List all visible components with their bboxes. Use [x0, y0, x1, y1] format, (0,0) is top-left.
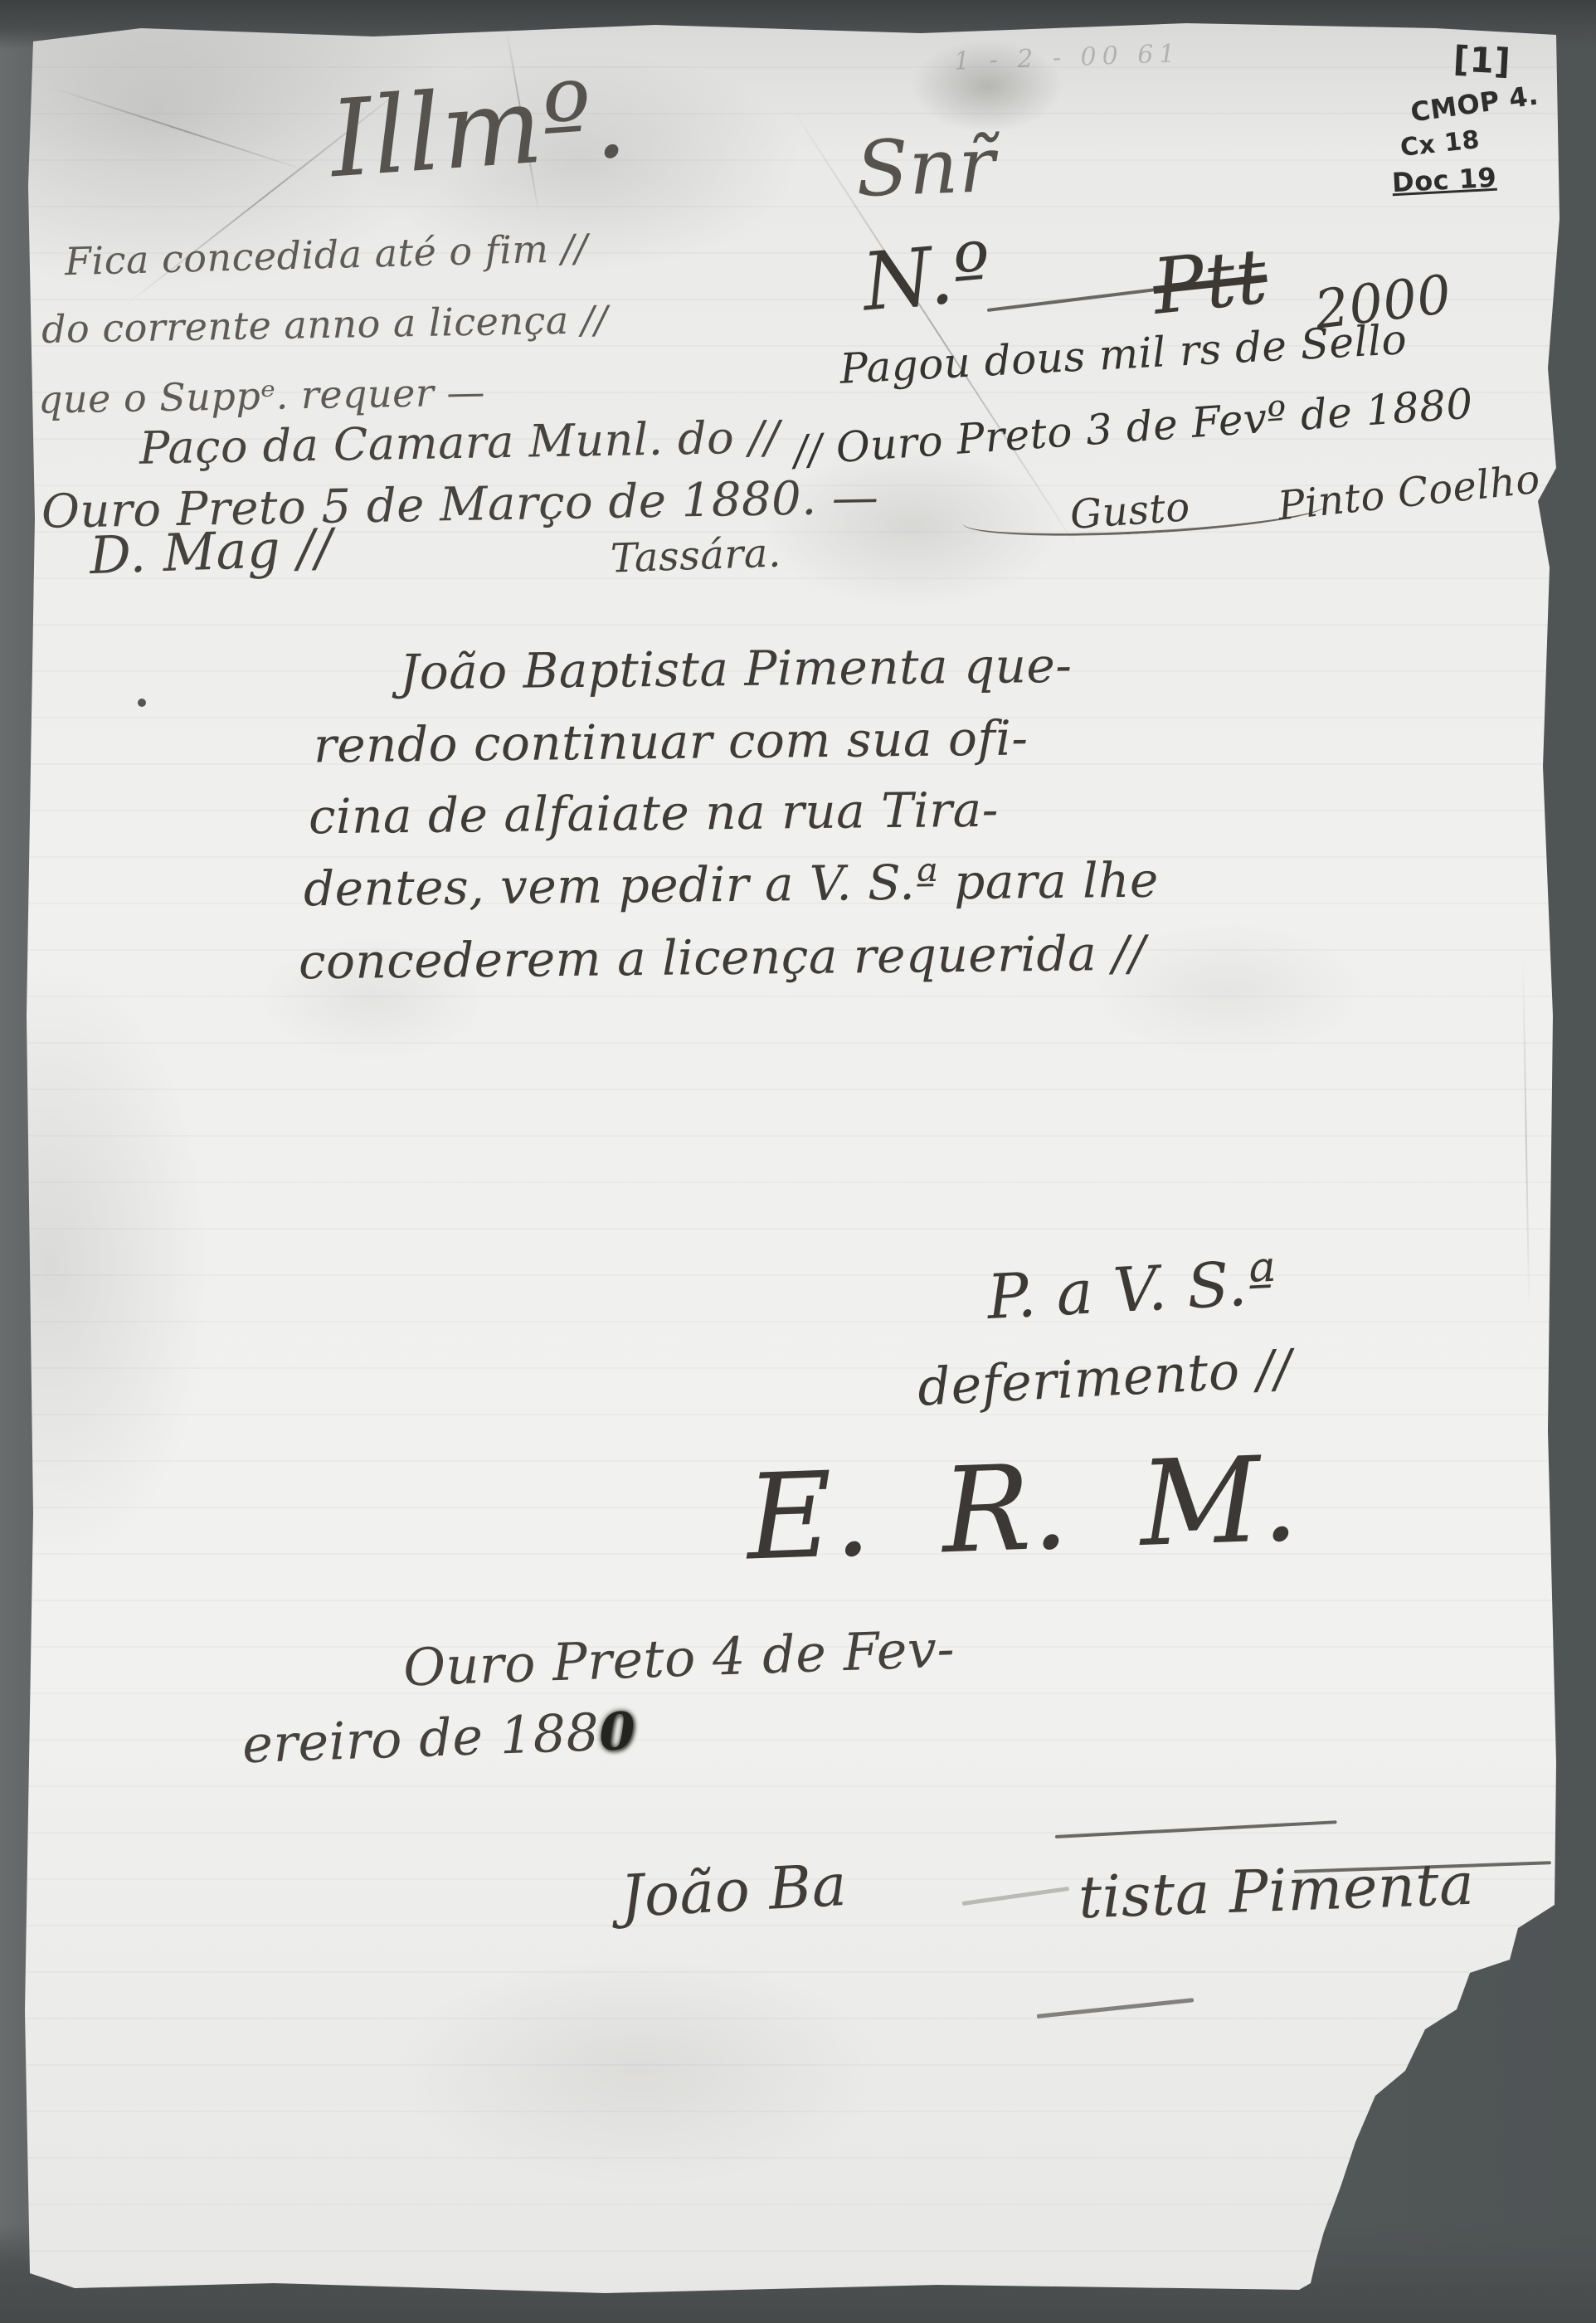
crease-line — [1522, 958, 1530, 1315]
stamp-struck-word: Ptt — [1149, 231, 1272, 332]
stamp-number: N.º — [859, 225, 995, 329]
closing-petition: P. a V. S.ª — [985, 1247, 1278, 1333]
signature-part1: João Ba — [619, 1851, 849, 1931]
heading-snr: Snr̃ — [854, 120, 996, 214]
marginal-note-line3: que o Suppᵉ. requer — — [38, 369, 486, 421]
body-line5: concederem a licença requerida // — [299, 925, 1146, 991]
despatch-rubric: D. Mag // — [89, 517, 333, 586]
ink-dot — [138, 699, 146, 707]
scanned-manuscript-page: 1 - 2 - 00 61 [1] CMOP 4. Cx 18 Doc 19 I… — [0, 0, 1596, 2323]
body-line3: cina de alfaiate na rua Tira- — [309, 782, 999, 845]
closing-erm: E. R. M. — [744, 1430, 1301, 1586]
ink-blot-zero: 0 — [598, 1701, 636, 1762]
archival-page-mark: [1] — [1452, 38, 1512, 82]
crease-line — [50, 86, 310, 173]
despatch-line1: Paço da Camara Munl. do // — [139, 411, 781, 474]
dateline-line2-text: ereiro de 188 — [241, 1702, 601, 1775]
archival-ref-doc: Doc 19 — [1391, 162, 1497, 199]
body-line2: rendo continuar com sua ofi- — [314, 709, 1029, 773]
signature-part2: tista Pimenta — [1078, 1850, 1476, 1932]
heading-illmo: Illmº. — [326, 58, 630, 202]
body-line1: João Baptista Pimenta que- — [400, 637, 1073, 700]
despatch-clerk-name: Tassára. — [610, 529, 781, 582]
body-line4: dentes, vem pedir a V. S.ª para lhe — [304, 852, 1159, 918]
